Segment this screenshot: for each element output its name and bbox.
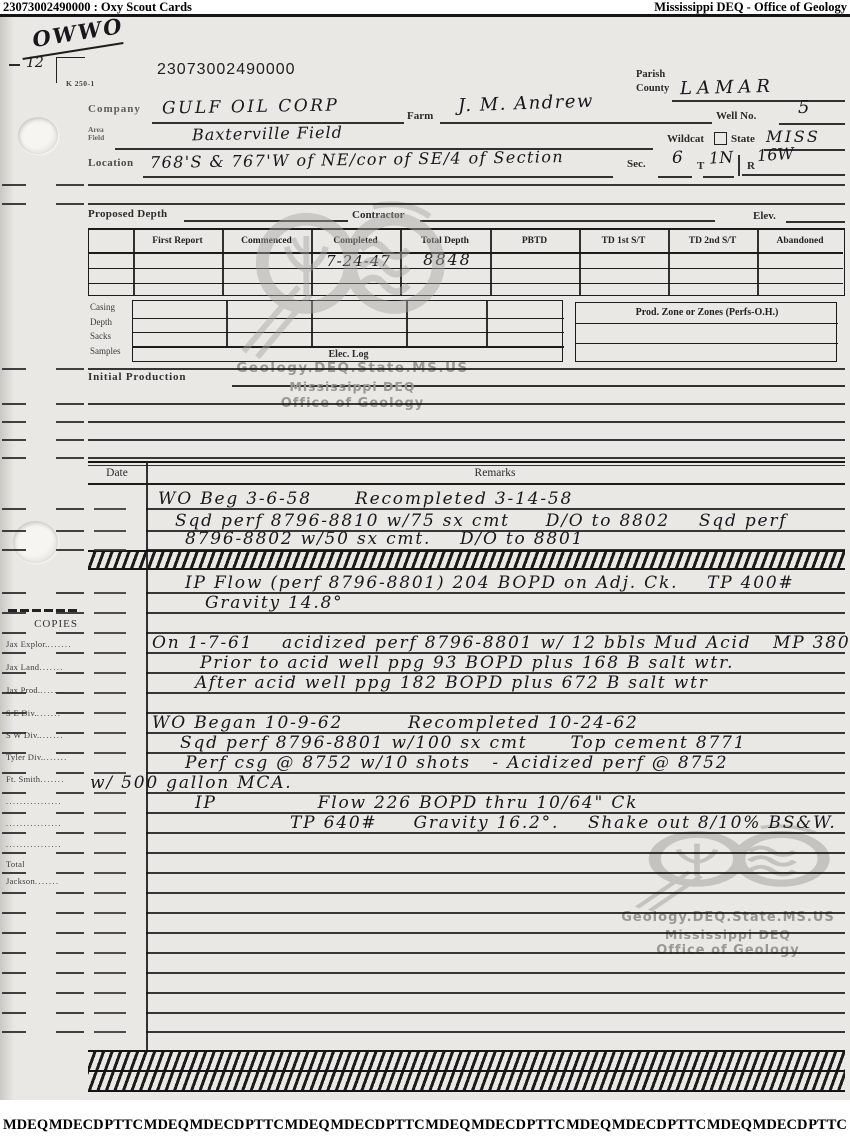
footer-token: PTTC	[667, 1113, 706, 1137]
drill-table-row-line	[89, 268, 843, 269]
hole-punch-top	[18, 117, 58, 154]
hatch-bar-2	[88, 1050, 845, 1092]
casing-row-label: Samples	[90, 346, 121, 356]
footer-token: MDECD	[753, 1113, 808, 1137]
prod-zone-line	[576, 323, 838, 324]
ruled-line	[2, 203, 845, 205]
remarks-ruled-line	[2, 952, 845, 954]
copies-panel: COPIES Jax Explor........Jax Land.......…	[6, 609, 86, 909]
county-value: LAMAR	[680, 76, 775, 99]
remark-entry: Perf csg @ 8752 w/10 shots - Acidized pe…	[185, 753, 728, 773]
ruled-line	[2, 457, 845, 459]
t-underline	[703, 176, 734, 178]
remark-entry: On 1-7-61 acidized perf 8796-8801 w/ 12 …	[152, 633, 850, 653]
initial-production-label: Initial Production	[88, 371, 186, 383]
contractor-underline	[420, 220, 715, 222]
remark-entry: Prior to acid well ppg 93 BOPD plus 168 …	[200, 653, 734, 673]
drill-table-column-header: PBTD	[490, 236, 579, 246]
footer-token: PTTC	[104, 1113, 143, 1137]
remarks-ruled-line	[2, 1012, 845, 1014]
prod-zone-line	[576, 343, 838, 344]
well-no-label: Well No.	[716, 110, 756, 122]
elev-label: Elev.	[753, 210, 776, 222]
location-underline	[143, 176, 613, 178]
remark-entry: TP 640# Gravity 16.2°. Shake out 8/10% B…	[290, 813, 837, 833]
copies-item-label: Ft. Smith	[6, 774, 40, 784]
t-value: 1N	[709, 147, 734, 167]
hatch-bar-2-midline	[88, 1070, 845, 1072]
prod-zone-label: Prod. Zone or Zones (Perfs-O.H.)	[576, 307, 838, 318]
t-label: T	[697, 160, 704, 172]
ruled-line	[2, 403, 845, 405]
remarks-ruled-line	[2, 1031, 845, 1033]
footer-token: MDECD	[190, 1113, 245, 1137]
copies-item-dots: ................	[6, 819, 62, 828]
remarks-header-underline	[88, 483, 845, 485]
watermark-org: Mississippi DEQ	[200, 379, 505, 394]
margin-dash	[9, 64, 20, 66]
viewer-header-left: 23073002490000 : Oxy Scout Cards	[0, 0, 195, 14]
copies-item-label: Jackson	[6, 876, 35, 886]
casing-row-label: Depth	[90, 317, 112, 327]
scout-card-scan: OWWO 12 K 250-1 23073002490000 Parish Co…	[0, 17, 850, 1100]
copies-item: Total	[6, 859, 84, 869]
sec-value: 6	[672, 148, 683, 168]
remarks-table-top	[88, 461, 845, 463]
ruled-line	[2, 421, 845, 423]
wildcat-checkbox	[714, 132, 727, 145]
drill-table-column-header: TD 1st S/T	[579, 236, 668, 246]
remarks-ruled-line	[2, 549, 845, 551]
copies-item-dots: ................	[6, 840, 62, 849]
drill-table-column-header: TD 2nd S/T	[668, 236, 757, 246]
footer-token: MDEQ	[3, 1113, 48, 1137]
footer-token: MDECD	[612, 1113, 667, 1137]
field-label: Area Field	[88, 126, 104, 142]
mdeq-logo-watermark-bottom	[622, 822, 847, 914]
county-underline	[672, 100, 845, 102]
county-label: County	[636, 83, 669, 94]
footer-token: PTTC	[245, 1113, 284, 1137]
location-label: Location	[88, 157, 134, 169]
ruled-line	[2, 368, 845, 370]
farm-value: J. M. Andrew	[458, 91, 595, 117]
viewer-header-right: Mississippi DEQ - Office of Geology	[651, 0, 850, 14]
copies-item: ................	[6, 840, 84, 849]
watermark-text-bottom: Geology.DEQ.State.MS.US Mississippi DEQ …	[608, 910, 848, 958]
remark-entry: Sqd perf 8796-8810 w/75 sx cmt D/O to 88…	[175, 511, 787, 531]
company-value: GULF OIL CORP	[162, 95, 340, 118]
footer-token: MDEQ	[425, 1113, 470, 1137]
scout-card-viewer: 23073002490000 : Oxy Scout Cards Mississ…	[0, 0, 850, 1137]
copies-item-dots: .......	[39, 663, 64, 672]
sec-label: Sec.	[627, 158, 646, 170]
elev-underline	[786, 221, 845, 223]
copies-item: Jax Land.......	[6, 662, 84, 672]
casing-grid-vline	[486, 301, 488, 346]
viewer-header: 23073002490000 : Oxy Scout Cards Mississ…	[0, 0, 850, 15]
remark-entry: WO Beg 3-6-58 Recompleted 3-14-58	[158, 489, 573, 509]
location-value: 768'S & 767'W of NE/cor of SE/4 of Secti…	[150, 147, 564, 172]
remark-entry: Gravity 14.8°	[205, 593, 343, 613]
r-value: 16W	[756, 144, 794, 166]
r-label: R	[747, 160, 755, 172]
remarks-ruled-line	[2, 892, 845, 894]
well-no-value: 5	[798, 97, 809, 118]
ruled-line	[2, 439, 845, 441]
footer-token: MDECD	[471, 1113, 526, 1137]
remarks-ruled-line	[2, 872, 845, 874]
t-r-divider	[738, 155, 740, 176]
copies-item-dots: .......	[40, 775, 65, 784]
copies-item: Jackson.......	[6, 876, 84, 886]
remarks-ruled-line	[2, 932, 845, 934]
copies-item-dots: ................	[6, 797, 62, 806]
remarks-ruled-line	[2, 612, 845, 614]
drill-table-column-header: Abandoned	[757, 236, 843, 246]
remarks-ruled-line	[2, 992, 845, 994]
remark-entry: IP Flow 226 BOPD thru 10/64" Ck	[195, 793, 638, 813]
margin-number: 12	[26, 55, 44, 71]
remark-entry: w/ 500 gallon MCA.	[90, 773, 293, 793]
state-label: State	[731, 133, 755, 145]
copies-title: COPIES	[6, 618, 78, 630]
form-code: K 250-1	[66, 79, 95, 88]
copies-item: ................	[6, 819, 84, 828]
copies-item-label: Jax Explor.	[6, 639, 48, 649]
mdeq-logo-watermark-top	[228, 196, 463, 364]
copies-item: Ft. Smith.......	[6, 774, 84, 784]
footer-token: PTTC	[386, 1113, 425, 1137]
field-label-bottom: Field	[88, 134, 104, 142]
remarks-header: Remarks	[345, 467, 645, 479]
viewer-footer: MDEQMDECDPTTCMDEQMDECDPTTCMDEQMDECDPTTCM…	[0, 1100, 850, 1137]
remark-entry: Sqd perf 8796-8801 w/100 sx cmt Top ceme…	[180, 733, 746, 753]
farm-underline	[440, 122, 712, 124]
copies-item-dots: .......	[43, 753, 68, 762]
watermark-org: Mississippi DEQ	[608, 927, 848, 942]
remark-entry: WO Began 10-9-62 Recompleted 10-24-62	[152, 713, 639, 733]
copies-item: Jax Explor........	[6, 639, 84, 649]
copies-item-label: Total	[6, 859, 25, 869]
farm-label: Farm	[407, 110, 433, 122]
r-underline	[742, 174, 845, 176]
footer-token: PTTC	[527, 1113, 566, 1137]
remark-entry: After acid well ppg 182 BOPD plus 672 B …	[195, 673, 709, 693]
drilling-table: 7-24-47 8848 First ReportCommencedComple…	[88, 228, 845, 296]
footer-token: MDEQ	[144, 1113, 189, 1137]
date-header: Date	[88, 467, 146, 479]
hatch-bar-1	[88, 550, 845, 570]
drill-table-column-header: First Report	[133, 236, 222, 246]
ruled-line	[2, 184, 845, 186]
field-value: Baxterville Field	[192, 123, 343, 145]
copies-item-dots: .......	[48, 640, 73, 649]
remark-entry: IP Flow (perf 8796-8801) 204 BOPD on Adj…	[185, 573, 795, 593]
api-number: 23073002490000	[157, 61, 296, 79]
watermark-office: Office of Geology	[608, 943, 848, 958]
copies-item-dots: .......	[35, 877, 60, 886]
drill-table-header-line	[89, 252, 843, 254]
wildcat-label: Wildcat	[667, 133, 704, 145]
drill-table-row-line	[89, 283, 843, 284]
footer-token: MDECD	[330, 1113, 385, 1137]
remarks-ruled-line	[2, 852, 845, 854]
company-label: Company	[88, 103, 141, 115]
remark-entry: 8796-8802 w/50 sx cmt. D/O to 8801	[185, 529, 584, 549]
remarks-ruled-line	[2, 972, 845, 974]
footer-token: MDEQ	[566, 1113, 611, 1137]
footer-token: MDEQ	[707, 1113, 752, 1137]
casing-row-label: Casing	[90, 302, 115, 312]
page-edge-shade	[0, 17, 14, 1100]
parish-label: Parish	[636, 69, 665, 81]
proposed-depth-label: Proposed Depth	[88, 208, 167, 220]
footer-token: MDEQ	[285, 1113, 330, 1137]
copies-item: ................	[6, 797, 84, 806]
remarks-ruled-line	[2, 912, 845, 914]
footer-token: PTTC	[808, 1113, 847, 1137]
remarks-table-top2	[88, 465, 845, 466]
footer-token: MDECD	[49, 1113, 104, 1137]
casing-row-label: Sacks	[90, 331, 111, 341]
owwo-annotation: OWWO	[31, 13, 126, 52]
copies-item-label: Jax Land	[6, 662, 39, 672]
hole-punch-middle	[13, 521, 58, 563]
sec-underline	[658, 176, 692, 178]
well-no-underline	[779, 123, 845, 125]
prod-zone-box: Prod. Zone or Zones (Perfs-O.H.)	[575, 302, 837, 362]
